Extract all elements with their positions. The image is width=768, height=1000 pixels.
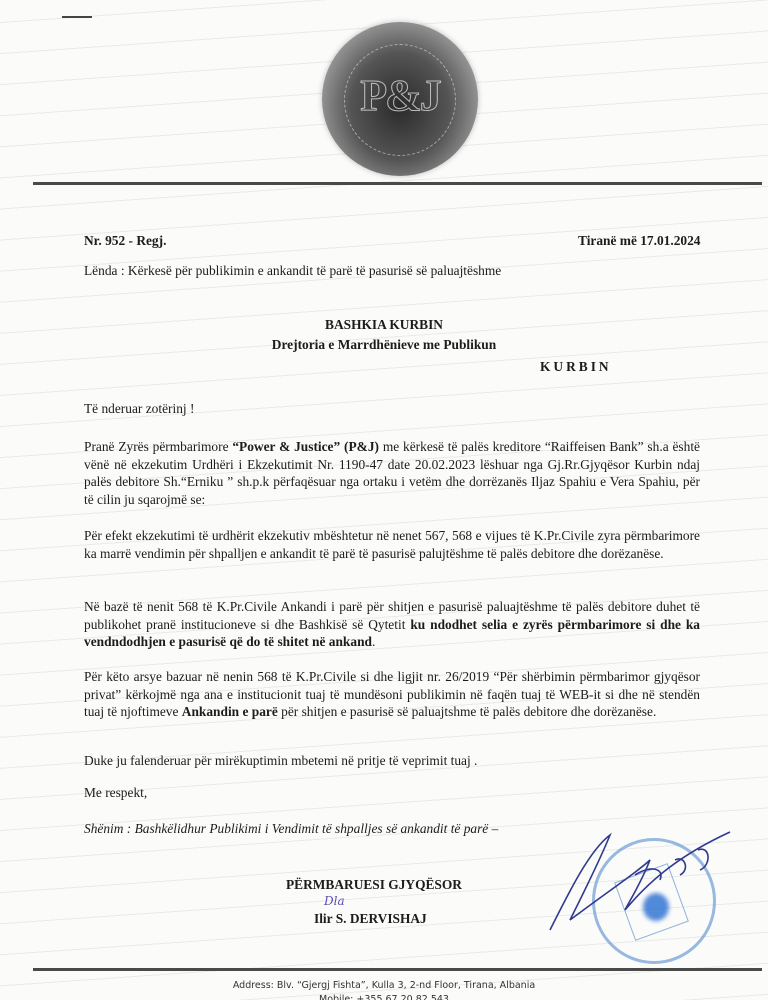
- body-text: .: [372, 634, 375, 649]
- subject-line: Lënda : Kërkesë për publikimin e ankandi…: [84, 262, 501, 280]
- paragraph-1: Pranë Zyrës përmbarimore “Power & Justic…: [84, 438, 700, 508]
- greeting: Të nderuar zotërinj !: [84, 400, 194, 418]
- seal-monogram: P&J: [322, 70, 478, 121]
- header-rule: [33, 182, 762, 185]
- body-text: Për efekt ekzekutimi të urdhërit ekzekut…: [84, 528, 700, 561]
- footer-address: Address: Blv. “Gjergj Fishta”, Kulla 3, …: [0, 980, 768, 991]
- signatory-name: Ilir S. DERVISHAJ: [314, 910, 427, 928]
- emphasized-text: Ankandin e parë: [182, 704, 278, 719]
- recipient-department: Drejtoria e Marrdhënieve me Publikun: [0, 336, 768, 354]
- official-stamp: [592, 838, 716, 964]
- company-seal-logo: P&J: [322, 22, 478, 176]
- footer-rule: [33, 968, 762, 971]
- recipient-institution: BASHKIA KURBIN: [0, 316, 768, 334]
- paragraph-4: Për këto arsye bazuar në nenin 568 të K.…: [84, 668, 700, 721]
- thanks-line: Duke ju falenderuar për mirëkuptimin mbe…: [84, 752, 477, 770]
- body-text: për shitjen e pasurisë së paluajtshme të…: [278, 704, 657, 719]
- recipient-city: KURBIN: [540, 358, 612, 376]
- stamp-emblem-eagle-icon: [643, 893, 669, 921]
- hole-punch-mark: [62, 16, 92, 18]
- handwritten-initials: Dla: [324, 893, 345, 911]
- subject-text: Kërkesë për publikimin e ankandit të par…: [128, 263, 501, 278]
- closing-line: Me respekt,: [84, 784, 147, 802]
- paragraph-2: Për efekt ekzekutimi të urdhërit ekzekut…: [84, 527, 700, 562]
- subject-separator: :: [121, 263, 125, 278]
- body-text: Pranë Zyrës përmbarimore: [84, 439, 232, 454]
- subject-label: Lënda: [84, 263, 117, 278]
- place-and-date: Tiranë më 17.01.2024: [578, 232, 701, 250]
- emphasized-text: “Power & Justice” (P&J): [232, 439, 379, 454]
- registration-number: Nr. 952 - Regj.: [84, 232, 166, 250]
- attachment-note: Shënim : Bashkëlidhur Publikimi i Vendim…: [84, 820, 498, 838]
- footer-mobile: Mobile: +355 67 20 82 543: [0, 994, 768, 1000]
- paragraph-3: Në bazë të nenit 568 të K.Pr.Civile Anka…: [84, 598, 700, 651]
- signatory-title: PËRMBARUESI GJYQËSOR: [286, 876, 462, 894]
